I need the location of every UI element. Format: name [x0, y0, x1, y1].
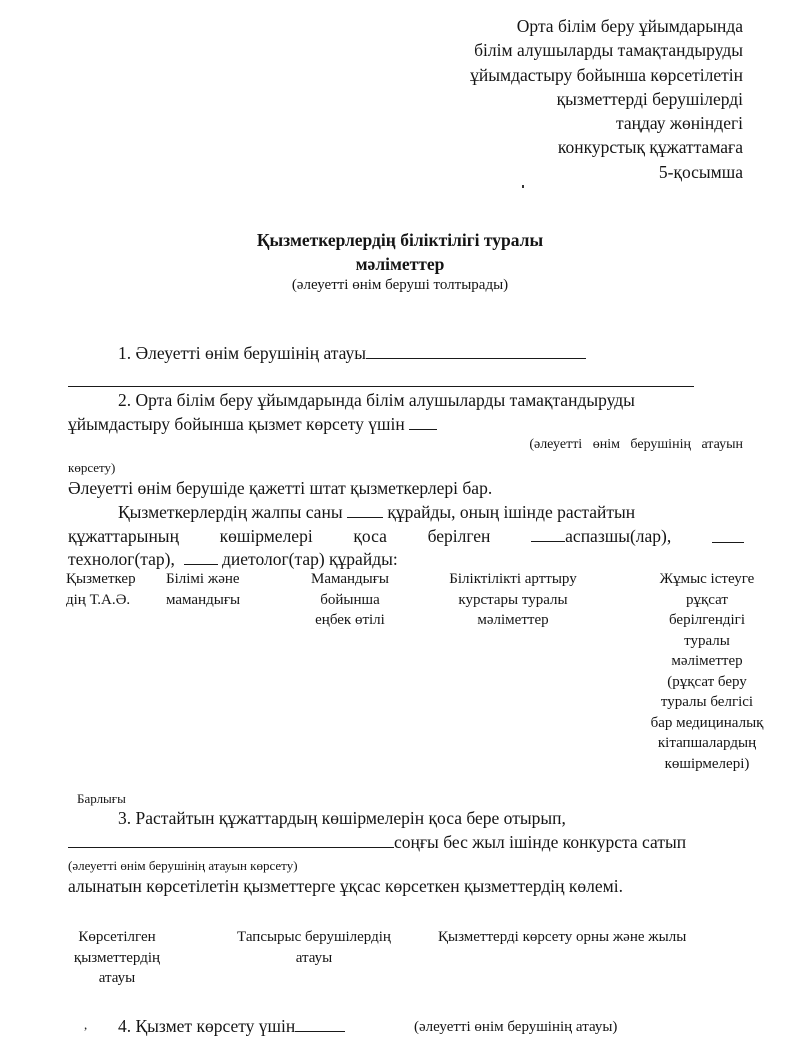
section-3-line2: соңғы бес жыл ішінде конкурста сатып	[68, 832, 686, 853]
annex-header-line: Орта білім беру ұйымдарында	[470, 14, 743, 38]
header-text: еңбек өтілі	[280, 610, 420, 631]
staff-statement: Әлеуетті өнім берушіде қажетті штат қызм…	[68, 478, 492, 499]
dietologists-label: диетолог(тар) құрайды:	[222, 549, 398, 569]
header-text: Қызметтерді көрсету орны және жылы	[438, 927, 758, 948]
section-1: 1. Әлеуетті өнім берушінің атауы	[118, 343, 586, 364]
text: көшірмелері	[220, 526, 313, 547]
annex-header-line: таңдау жөніндегі	[470, 111, 743, 135]
staff-total-row-label: Барлығы	[77, 791, 126, 807]
annex-number: 5-қосымша	[470, 160, 743, 184]
staff-total-blank[interactable]	[347, 516, 383, 518]
staff-col-training: Біліктілікті арттыру курстары туралы мәл…	[428, 569, 598, 631]
section-3-line3: алынатын көрсетілетін қызметтерге ұқсас …	[68, 876, 623, 897]
supplier-name-blank-3[interactable]	[68, 846, 394, 848]
header-text: (рұқсат беру	[622, 672, 792, 693]
header-text: туралы белгісі	[622, 692, 792, 713]
supplier-name-blank-4[interactable]	[295, 1030, 345, 1032]
staff-col-education: Білімі және мамандығы	[166, 569, 240, 610]
staff-tech-line: технолог(тар), диетолог(тар) құрайды:	[68, 549, 398, 570]
cooks-count: аспазшы(лар),	[531, 526, 671, 547]
annex-header-line: конкурстық құжаттамаға	[470, 135, 743, 159]
header-text: берілгендігі	[622, 610, 792, 631]
cooks-label: аспазшы(лар),	[565, 526, 671, 546]
annex-header-line: қызметтерді берушілерді	[470, 87, 743, 111]
header-text: Жұмыс істеуге	[622, 569, 792, 590]
section-1-label: 1. Әлеуетті өнім берушінің атауы	[118, 343, 366, 363]
header-text: туралы	[622, 631, 792, 652]
staff-total-line: Қызметкерлердің жалпы саны құрайды, оның…	[118, 502, 635, 523]
header-text: атауы	[62, 968, 172, 989]
text: құжаттарының	[68, 526, 179, 547]
services-col-customer: Тапсырыс берушілердің атауы	[214, 927, 414, 968]
page-title: Қызметкерлердің біліктілігі туралы	[0, 230, 800, 251]
header-text: Көрсетілген	[62, 927, 172, 948]
cooks-blank[interactable]	[531, 540, 565, 542]
section-3-line2-text: соңғы бес жыл ішінде конкурста сатып	[394, 832, 686, 852]
header-text: Мамандығы	[280, 569, 420, 590]
section-3-line1: 3. Растайтын құжаттардың көшірмелерін қо…	[118, 808, 566, 829]
header-text: қызметтердің	[62, 948, 172, 969]
services-col-place-year: Қызметтерді көрсету орны және жылы	[438, 927, 758, 948]
header-text: мәліметтер	[428, 610, 598, 631]
staff-docs-line: құжаттарының көшірмелері қоса берілген а…	[68, 526, 744, 547]
annex-header: Орта білім беру ұйымдарында білім алушыл…	[470, 14, 743, 184]
annex-header-line: білім алушыларды тамақтандыруды	[470, 38, 743, 62]
section-2-line1: 2. Орта білім беру ұйымдарында білім алу…	[118, 390, 635, 411]
annex-header-line: ұйымдастыру бойынша көрсетілетін	[470, 63, 743, 87]
section-2-line2-text: ұйымдастыру бойынша қызмет көрсету үшін	[68, 414, 405, 434]
technologists-blank[interactable]	[712, 541, 744, 543]
header-text: бар медициналық	[622, 713, 792, 734]
header-text: курстары туралы	[428, 590, 598, 611]
staff-col-permit: Жұмыс істеуге рұқсат берілгендігі туралы…	[622, 569, 792, 774]
header-text: мамандығы	[166, 590, 240, 611]
scan-speck	[522, 185, 524, 188]
header-text: атауы	[214, 948, 414, 969]
text: берілген	[428, 526, 491, 547]
header-text: Қызметкер	[66, 569, 136, 590]
header-text: дің Т.А.Ә.	[66, 590, 136, 611]
section-3-note: (әлеуетті өнім берушінің атауын көрсету)	[68, 858, 298, 874]
supplier-name-blank[interactable]	[366, 357, 586, 359]
supplier-name-blank-line2[interactable]	[68, 386, 694, 387]
header-text: көшірмелері)	[622, 754, 792, 775]
dietologists-blank[interactable]	[184, 563, 218, 565]
header-text: Біліктілікті арттыру	[428, 569, 598, 590]
section-4: 4. Қызмет көрсету үшін	[118, 1016, 345, 1037]
header-text: рұқсат	[622, 590, 792, 611]
header-text: мәліметтер	[622, 651, 792, 672]
staff-total-label: Қызметкерлердің жалпы саны	[118, 502, 343, 522]
services-col-name: Көрсетілген қызметтердің атауы	[62, 927, 172, 989]
staff-total-label-cont: құрайды, оның ішінде растайтын	[387, 502, 635, 522]
header-text: кітапшалардың	[622, 733, 792, 754]
header-text: Тапсырыс берушілердің	[214, 927, 414, 948]
section-2-note: (әлеуетті өнім берушінің атауын	[529, 437, 743, 453]
section-2-line2: ұйымдастыру бойынша қызмет көрсету үшін	[68, 414, 437, 435]
staff-col-experience: Мамандығы бойынша еңбек өтілі	[280, 569, 420, 631]
scan-mark: ,	[84, 1017, 87, 1033]
page-title-line2: мәліметтер	[0, 254, 800, 275]
staff-col-name: Қызметкер дің Т.А.Ә.	[66, 569, 136, 610]
section-4-note: (әлеуетті өнім берушінің атауы)	[414, 1019, 617, 1036]
text: қоса	[353, 526, 386, 547]
section-4-label: 4. Қызмет көрсету үшін	[118, 1016, 295, 1036]
technologists-label: технолог(тар),	[68, 549, 175, 569]
section-2-note-cont: көрсету)	[68, 460, 115, 476]
header-text: Білімі және	[166, 569, 240, 590]
page-subtitle: (әлеуетті өнім беруші толтырады)	[0, 277, 800, 294]
supplier-name-blank-2[interactable]	[409, 428, 437, 430]
header-text: бойынша	[280, 590, 420, 611]
